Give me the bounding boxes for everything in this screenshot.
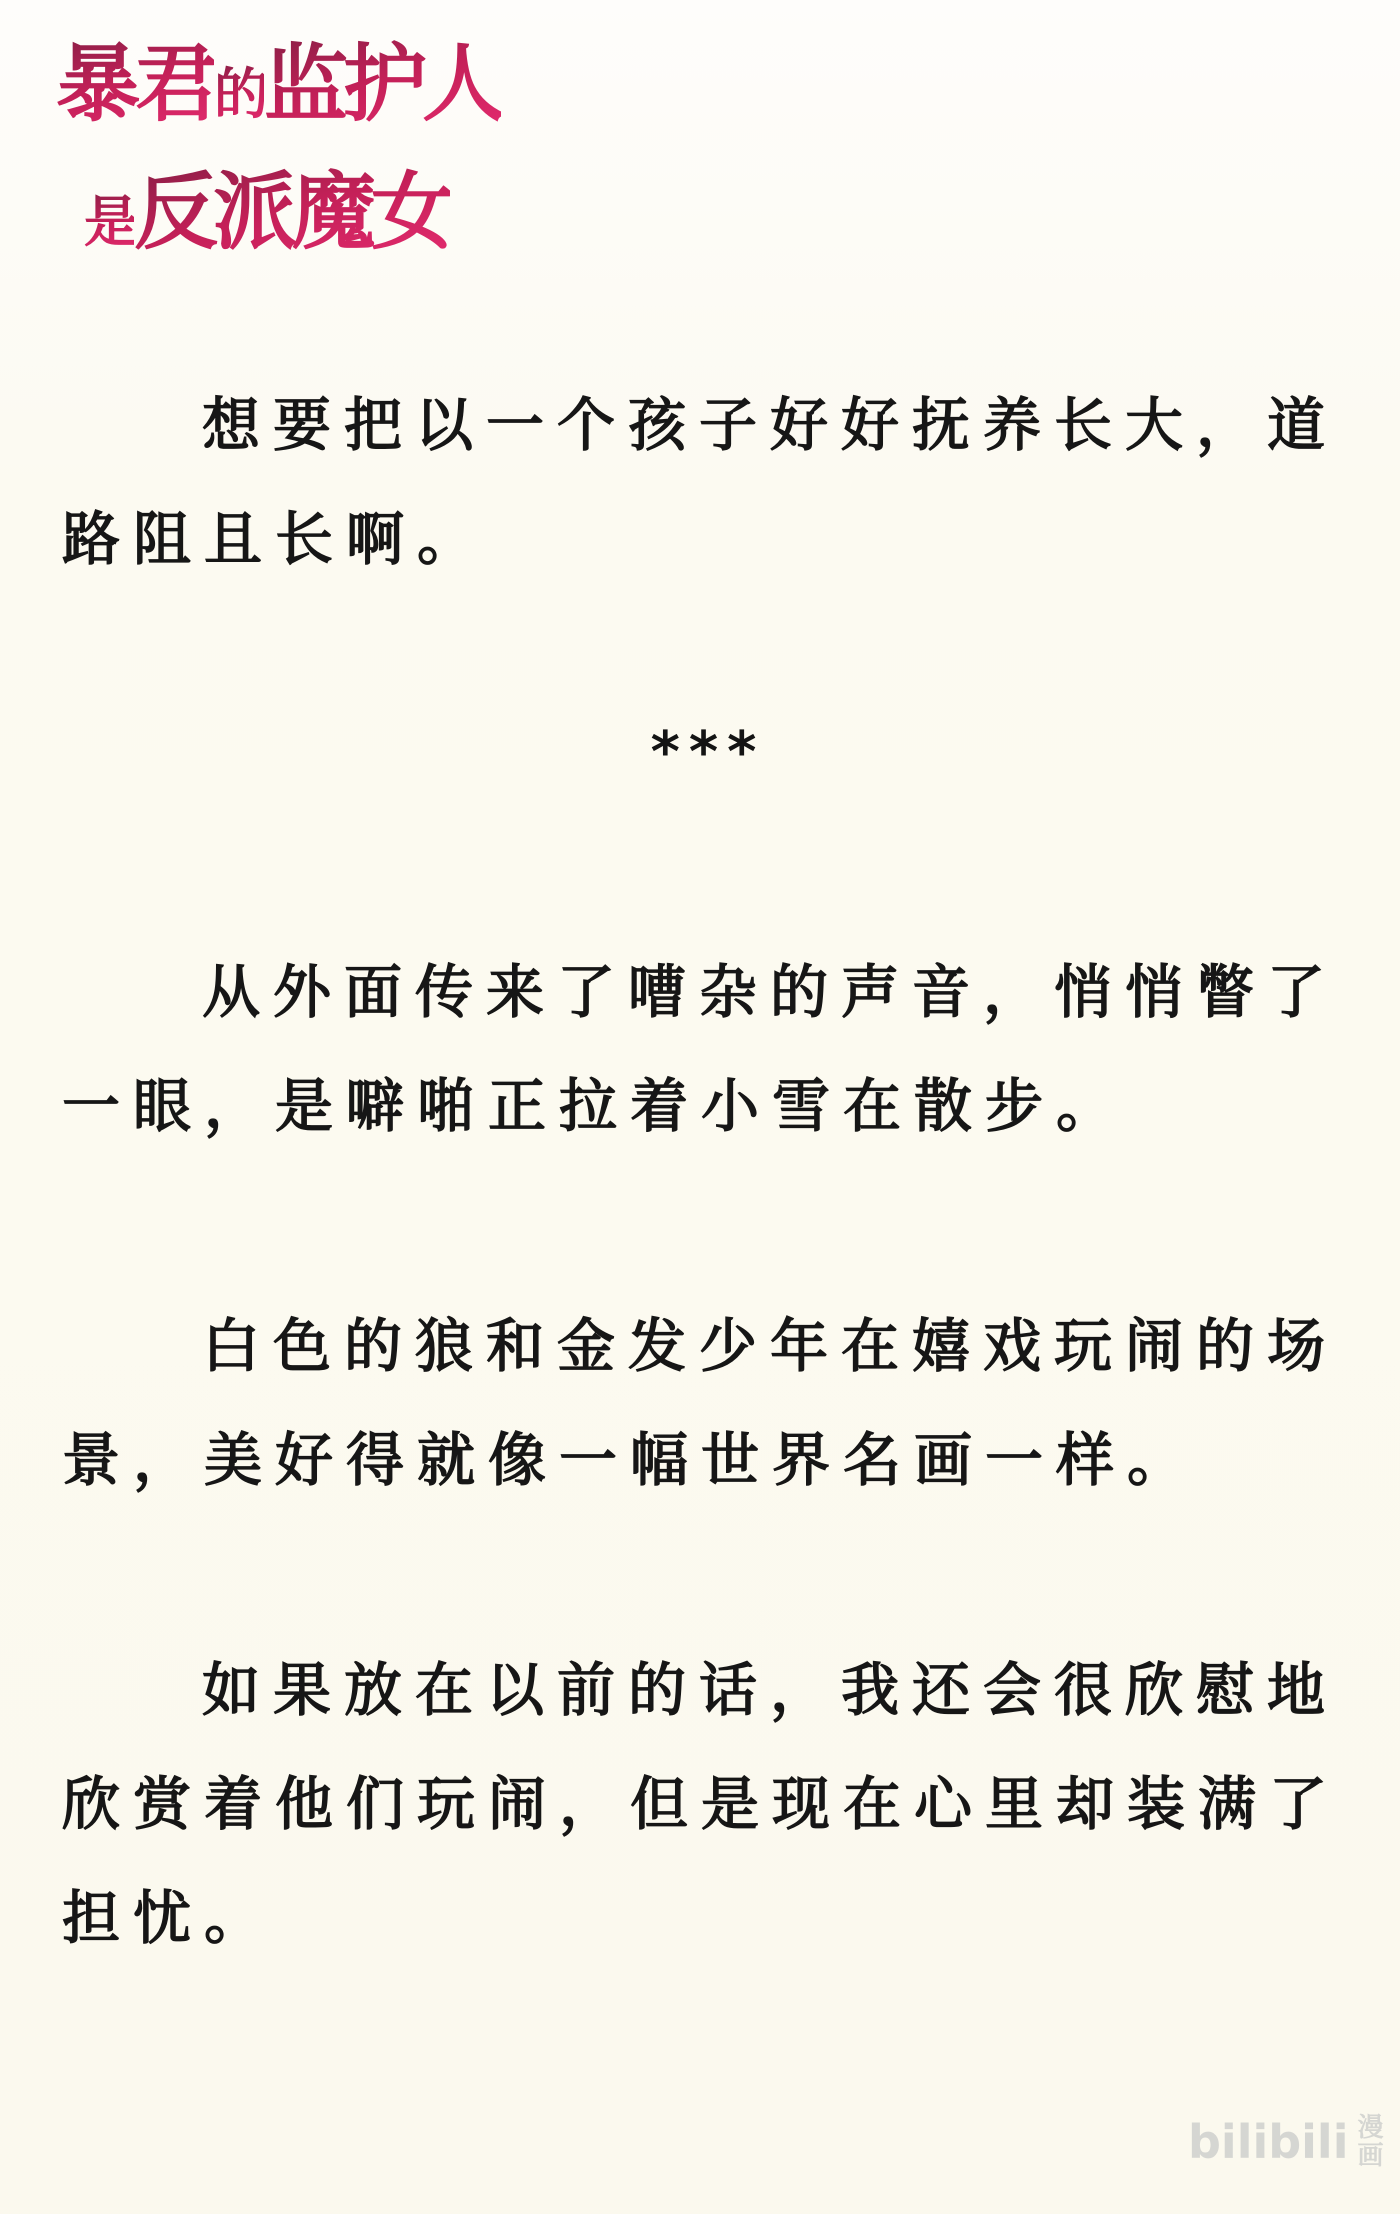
logo-line-1: 暴君的监护人 bbox=[56, 30, 501, 162]
text-line: 想要把以一个孩子好好抚养长大，道 bbox=[62, 395, 1348, 455]
text-line: 从外面传来了嘈杂的声音，悄悄瞥了 bbox=[62, 962, 1348, 1022]
text-line: 担忧。 bbox=[62, 1888, 1348, 1948]
manga-char-1: 漫 bbox=[1357, 2114, 1383, 2142]
section-separator: *** bbox=[0, 720, 1400, 785]
logo-text-shi: 是 bbox=[84, 189, 134, 254]
text-line: 路阻且长啊。 bbox=[62, 509, 1348, 569]
novel-text-page: 暴君的监护人 是反派魔女 想要把以一个孩子好好抚养长大，道 路阻且长啊。 ***… bbox=[0, 0, 1400, 2214]
text-line: 欣赏着他们玩闹，但是现在心里却装满了 bbox=[62, 1774, 1348, 1834]
bilibili-logo-text: bilibili bbox=[1188, 2115, 1348, 2169]
logo-text-de: 的 bbox=[214, 61, 264, 126]
text-line: 景，美好得就像一幅世界名画一样。 bbox=[62, 1430, 1348, 1490]
paragraph-4: 如果放在以前的话，我还会很欣慰地 欣赏着他们玩闹，但是现在心里却装满了 担忧。 bbox=[62, 1660, 1348, 1948]
text-line: 一眼，是噼啪正拉着小雪在散步。 bbox=[62, 1076, 1348, 1136]
paragraph-2: 从外面传来了嘈杂的声音，悄悄瞥了 一眼，是噼啪正拉着小雪在散步。 bbox=[62, 962, 1348, 1136]
logo-text-fanpaimonv: 反派魔女 bbox=[134, 162, 450, 261]
paragraph-1: 想要把以一个孩子好好抚养长大，道 路阻且长啊。 bbox=[62, 395, 1348, 569]
logo-text-baojun: 暴君 bbox=[56, 34, 214, 133]
manga-char-2: 画 bbox=[1357, 2142, 1383, 2170]
logo-text-jianhuren: 监护人 bbox=[264, 34, 501, 133]
text-line: 如果放在以前的话，我还会很欣慰地 bbox=[62, 1660, 1348, 1720]
logo-line-2: 是反派魔女 bbox=[84, 158, 501, 290]
bilibili-watermark: bilibili 漫 画 bbox=[1188, 2114, 1383, 2170]
paragraph-3: 白色的狼和金发少年在嬉戏玩闹的场 景，美好得就像一幅世界名画一样。 bbox=[62, 1316, 1348, 1490]
series-title-logo: 暴君的监护人 是反派魔女 bbox=[56, 30, 501, 290]
bilibili-manga-label: 漫 画 bbox=[1357, 2114, 1383, 2170]
text-line: 白色的狼和金发少年在嬉戏玩闹的场 bbox=[62, 1316, 1348, 1376]
